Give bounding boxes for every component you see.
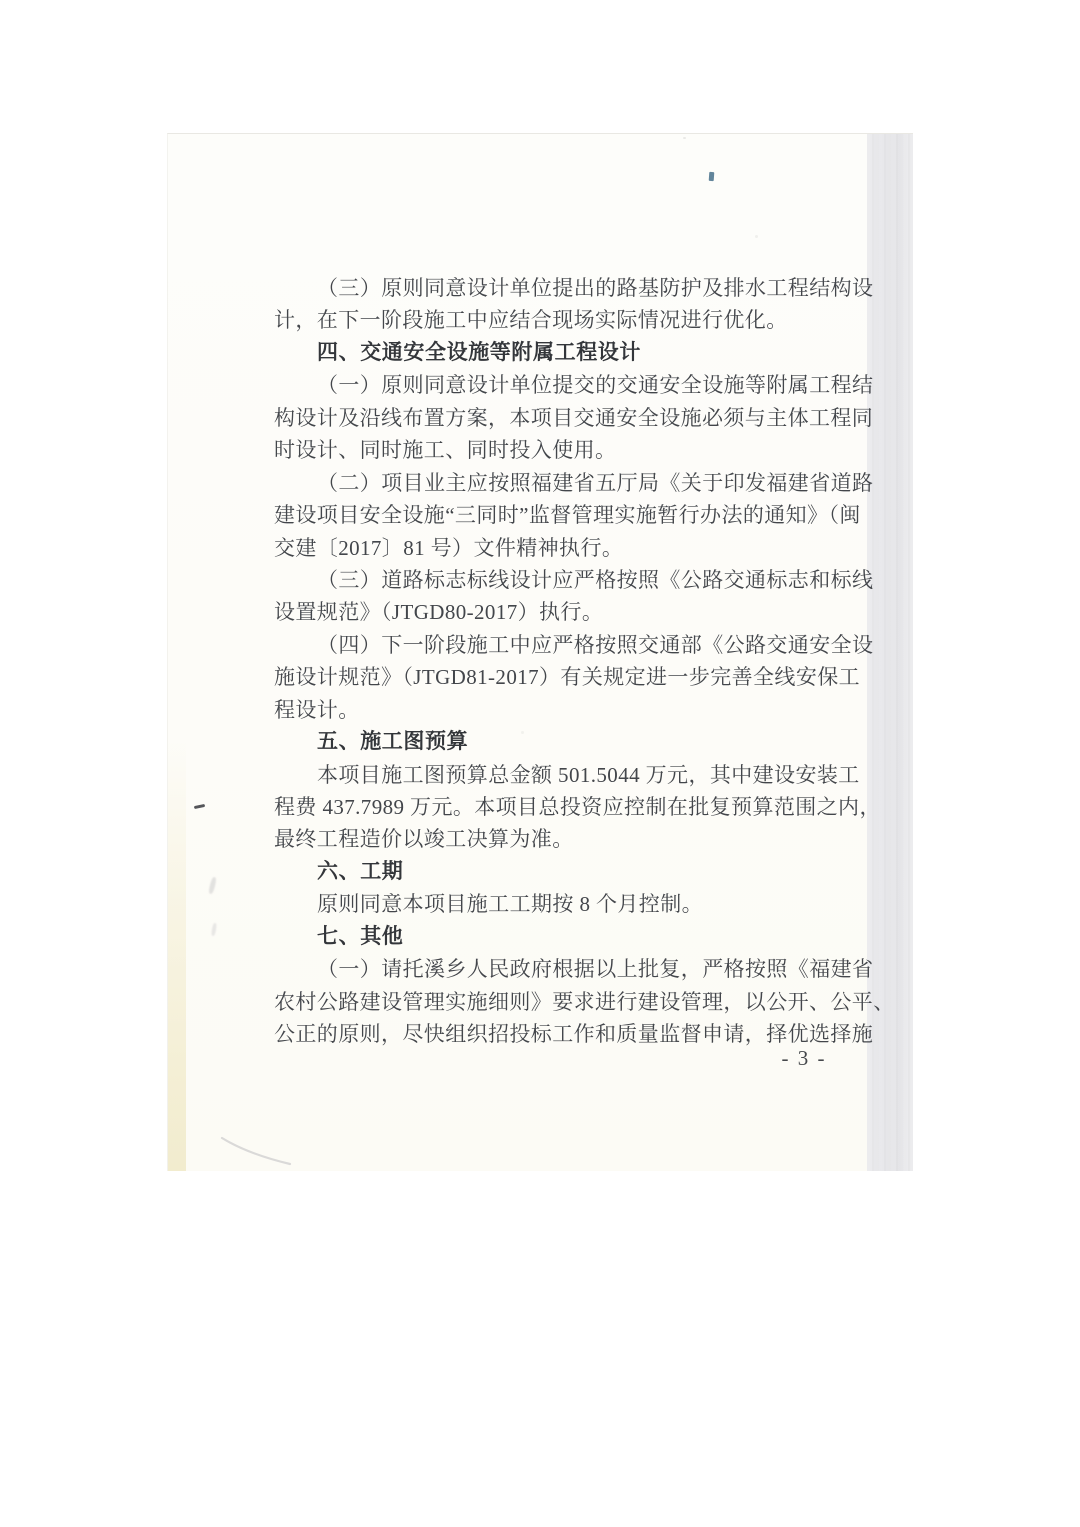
scanned-page: （三）原则同意设计单位提出的路基防护及排水工程结构设 计，在下一阶段施工中应结合… [167, 133, 913, 1171]
doc-line: 计，在下一阶段施工中应结合现场实际情况进行优化。 [274, 304, 852, 336]
doc-line: 原则同意本项目施工工期按 8 个月控制。 [274, 888, 852, 920]
doc-line: （三）原则同意设计单位提出的路基防护及排水工程结构设 [274, 272, 852, 304]
doc-line: （一）原则同意设计单位提交的交通安全设施等附属工程结 [274, 369, 852, 401]
doc-line: （一）请托溪乡人民政府根据以上批复，严格按照《福建省 [274, 953, 852, 985]
doc-line: 程设计。 [274, 694, 852, 726]
smudge-mark [208, 877, 217, 895]
doc-line: 设置规范》（JTGD80-2017）执行。 [274, 596, 852, 628]
doc-line: 建设项目安全设施“三同时”监督管理实施暂行办法的通知》（闽 [274, 499, 852, 531]
scanner-edge-strip [867, 134, 913, 1171]
doc-line: 交建〔2017〕81 号）文件精神执行。 [274, 532, 852, 564]
dust-speck [521, 731, 524, 734]
doc-line: 最终工程造价以竣工决算为准。 [274, 823, 852, 855]
smudge-mark [211, 923, 217, 936]
page-left-edge-tint [168, 741, 186, 1171]
pencil-dash-mark [194, 804, 205, 809]
page-number: - 3 - [764, 1046, 844, 1071]
smudge-arc-mark [220, 1134, 294, 1168]
ink-speck-mark [709, 172, 715, 181]
doc-line: 农村公路建设管理实施细则》要求进行建设管理，以公开、公平、 [274, 986, 852, 1018]
section-heading: 四、交通安全设施等附属工程设计 [274, 337, 852, 369]
section-heading: 七、其他 [274, 921, 852, 953]
dust-speck [755, 235, 758, 238]
doc-line: （二）项目业主应按照福建省五厅局《关于印发福建省道路 [274, 467, 852, 499]
doc-line: 时设计、同时施工、同时投入使用。 [274, 434, 852, 466]
section-heading: 五、施工图预算 [274, 726, 852, 758]
doc-line: 构设计及沿线布置方案，本项目交通安全设施必须与主体工程同 [274, 402, 852, 434]
document-body: （三）原则同意设计单位提出的路基防护及排水工程结构设 计，在下一阶段施工中应结合… [274, 272, 852, 1051]
doc-line: 施设计规范》（JTGD81-2017）有关规定进一步完善全线安保工 [274, 661, 852, 693]
doc-line: 程费 437.7989 万元。本项目总投资应控制在批复预算范围之内， [274, 791, 852, 823]
doc-line: 本项目施工图预算总金额 501.5044 万元，其中建设安装工 [274, 759, 852, 791]
doc-line: （四）下一阶段施工中应严格按照交通部《公路交通安全设 [274, 629, 852, 661]
dust-speck [683, 137, 686, 139]
doc-line: （三）道路标志标线设计应严格按照《公路交通标志和标线 [274, 564, 852, 596]
scanned-document-canvas: （三）原则同意设计单位提出的路基防护及排水工程结构设 计，在下一阶段施工中应结合… [0, 0, 1080, 1527]
section-heading: 六、工期 [274, 856, 852, 888]
